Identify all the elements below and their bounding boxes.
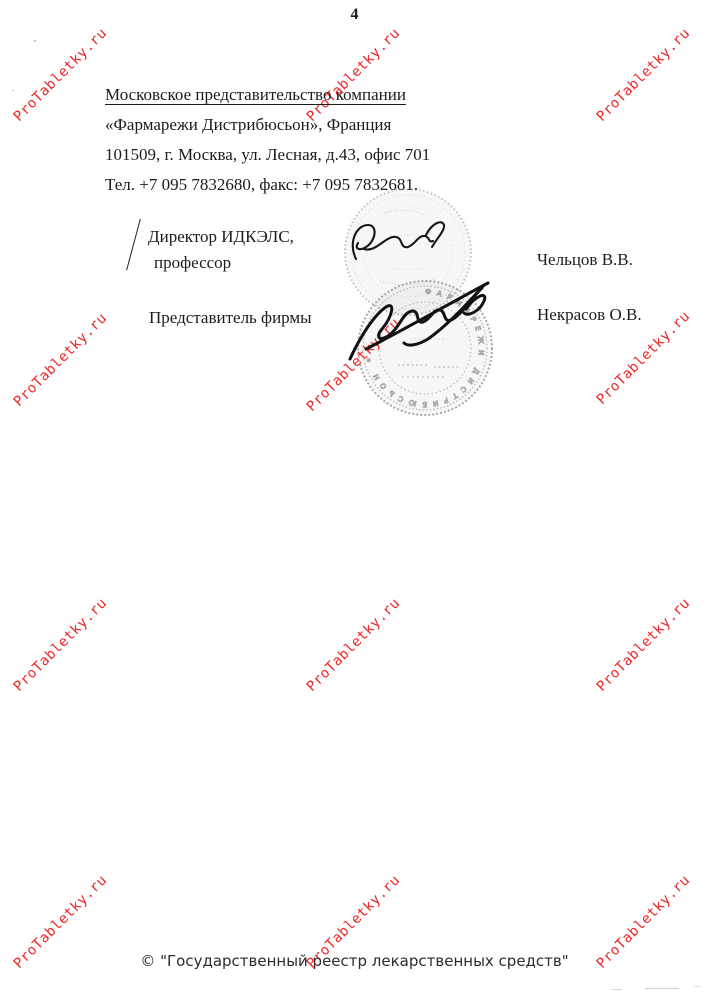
director-role-line1: Директор ИДКЭЛС, <box>148 227 294 247</box>
watermark-text: ProTabletky.ru <box>593 595 693 695</box>
director-name: Чельцов В.В. <box>537 250 633 270</box>
watermark: ProTabletky.ru <box>293 585 413 705</box>
scan-speck <box>612 989 622 990</box>
representative-signature <box>350 283 488 359</box>
watermark-text: ProTabletky.ru <box>593 25 693 125</box>
scan-speck <box>34 40 36 42</box>
watermark: ProTabletky.ru <box>0 15 120 135</box>
scan-speck <box>694 986 700 987</box>
watermark-text: ProTabletky.ru <box>303 595 403 695</box>
director-signature <box>353 222 444 259</box>
signatures <box>330 173 525 428</box>
page-number: 4 <box>0 6 709 24</box>
document-page: 4 ProTabletky.ru ProTabletky.ru ProTable… <box>0 0 709 1000</box>
watermark: ProTabletky.ru <box>583 585 703 705</box>
letterhead-company: «Фармарежи Дистрибюсьон», Франция <box>105 115 391 135</box>
representative-role: Представитель фирмы <box>149 308 312 328</box>
watermark: ProTabletky.ru <box>0 300 120 420</box>
watermark-text: ProTabletky.ru <box>303 25 403 125</box>
watermark-text: ProTabletky.ru <box>10 25 110 125</box>
watermark-text: ProTabletky.ru <box>10 595 110 695</box>
watermark-text: ProTabletky.ru <box>10 310 110 410</box>
letterhead-address: 101509, г. Москва, ул. Лесная, д.43, офи… <box>105 145 430 165</box>
handwritten-slash-mark <box>126 219 141 270</box>
representative-name: Некрасов О.В. <box>537 305 642 325</box>
footer-copyright: © "Государственный реестр лекарственных … <box>0 952 709 970</box>
director-role-line2: профессор <box>154 253 231 273</box>
watermark: ProTabletky.ru <box>583 15 703 135</box>
watermark: ProTabletky.ru <box>0 585 120 705</box>
scan-speck <box>645 988 679 989</box>
scan-speck <box>12 90 14 91</box>
letterhead-title: Московское представительство компании <box>105 85 406 105</box>
